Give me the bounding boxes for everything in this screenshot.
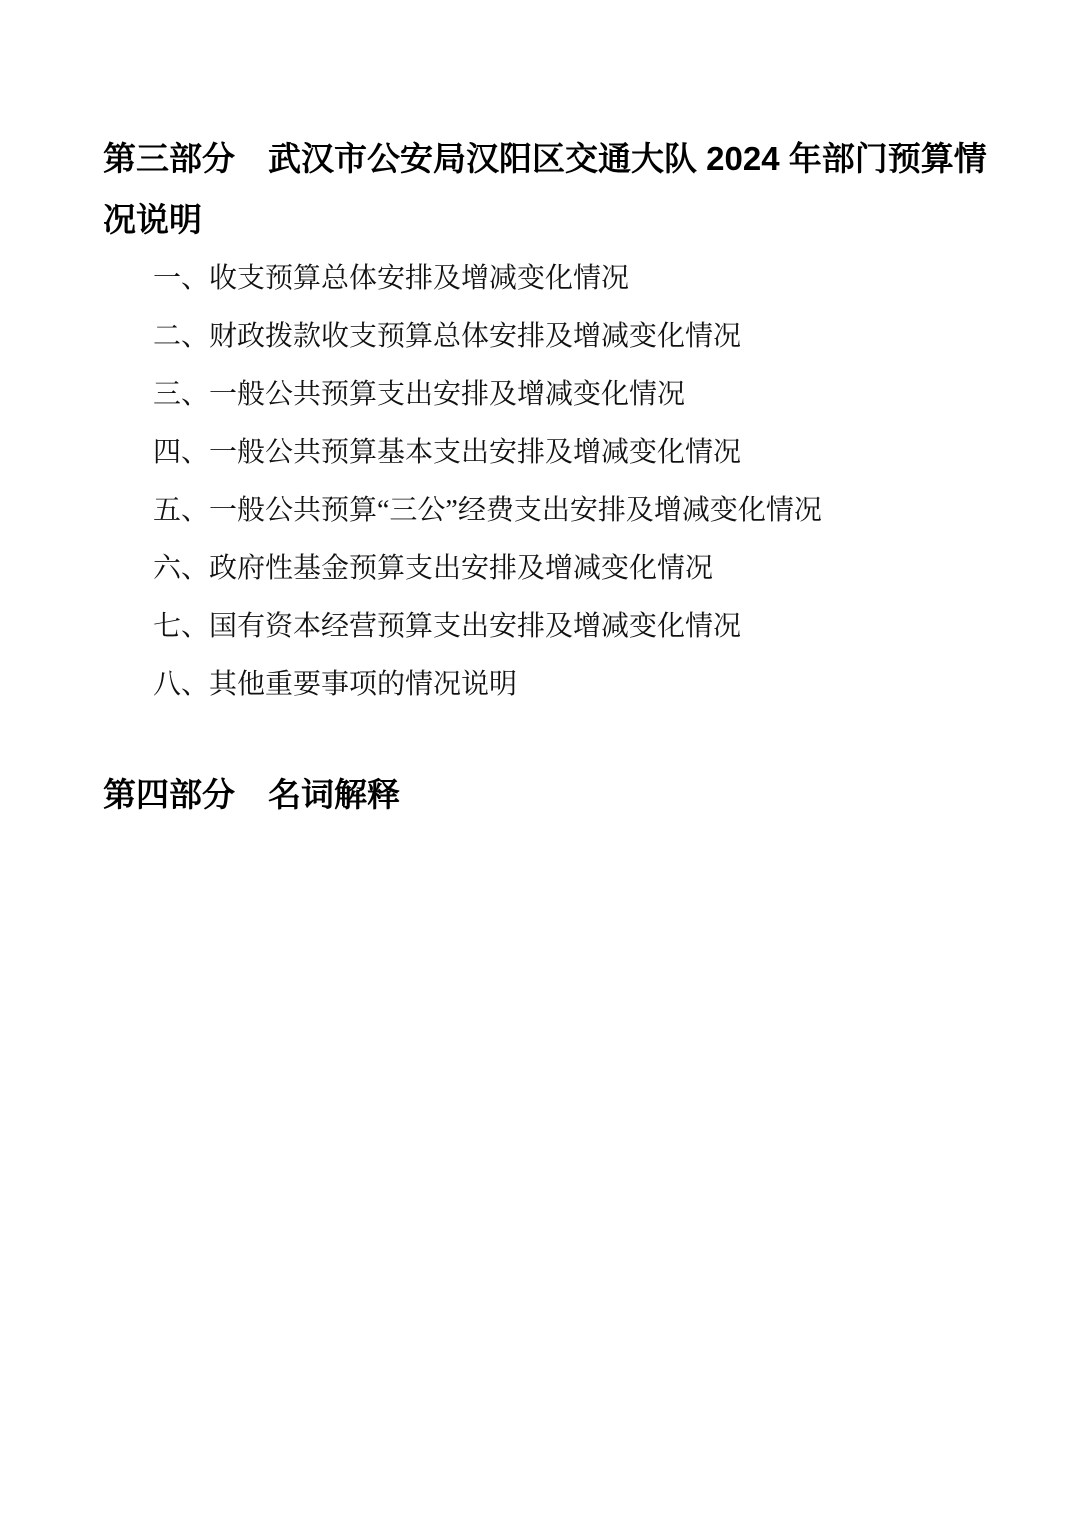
toc-item: 四、一般公共预算基本支出安排及增减变化情况 xyxy=(153,424,989,482)
toc-item: 八、其他重要事项的情况说明 xyxy=(153,656,989,714)
toc-item: 七、国有资本经营预算支出安排及增减变化情况 xyxy=(153,598,989,656)
toc-item: 一、收支预算总体安排及增减变化情况 xyxy=(153,250,989,308)
toc-item: 五、一般公共预算“三公”经费支出安排及增减变化情况 xyxy=(153,482,989,540)
toc-item: 六、政府性基金预算支出安排及增减变化情况 xyxy=(153,540,989,598)
document-page: 第三部分 武汉市公安局汉阳区交通大队 2024 年部门预算情况说明 一、收支预算… xyxy=(0,0,1074,1520)
toc-item: 二、财政拨款收支预算总体安排及增减变化情况 xyxy=(153,308,989,366)
section4-title: 第四部分 名词解释 xyxy=(103,764,988,825)
page-content: 第三部分 武汉市公安局汉阳区交通大队 2024 年部门预算情况说明 一、收支预算… xyxy=(0,0,1074,825)
section3-title: 第三部分 武汉市公安局汉阳区交通大队 2024 年部门预算情况说明 xyxy=(103,128,988,250)
toc-item: 三、一般公共预算支出安排及增减变化情况 xyxy=(153,366,989,424)
section3-toc-list: 一、收支预算总体安排及增减变化情况 二、财政拨款收支预算总体安排及增减变化情况 … xyxy=(103,250,989,714)
